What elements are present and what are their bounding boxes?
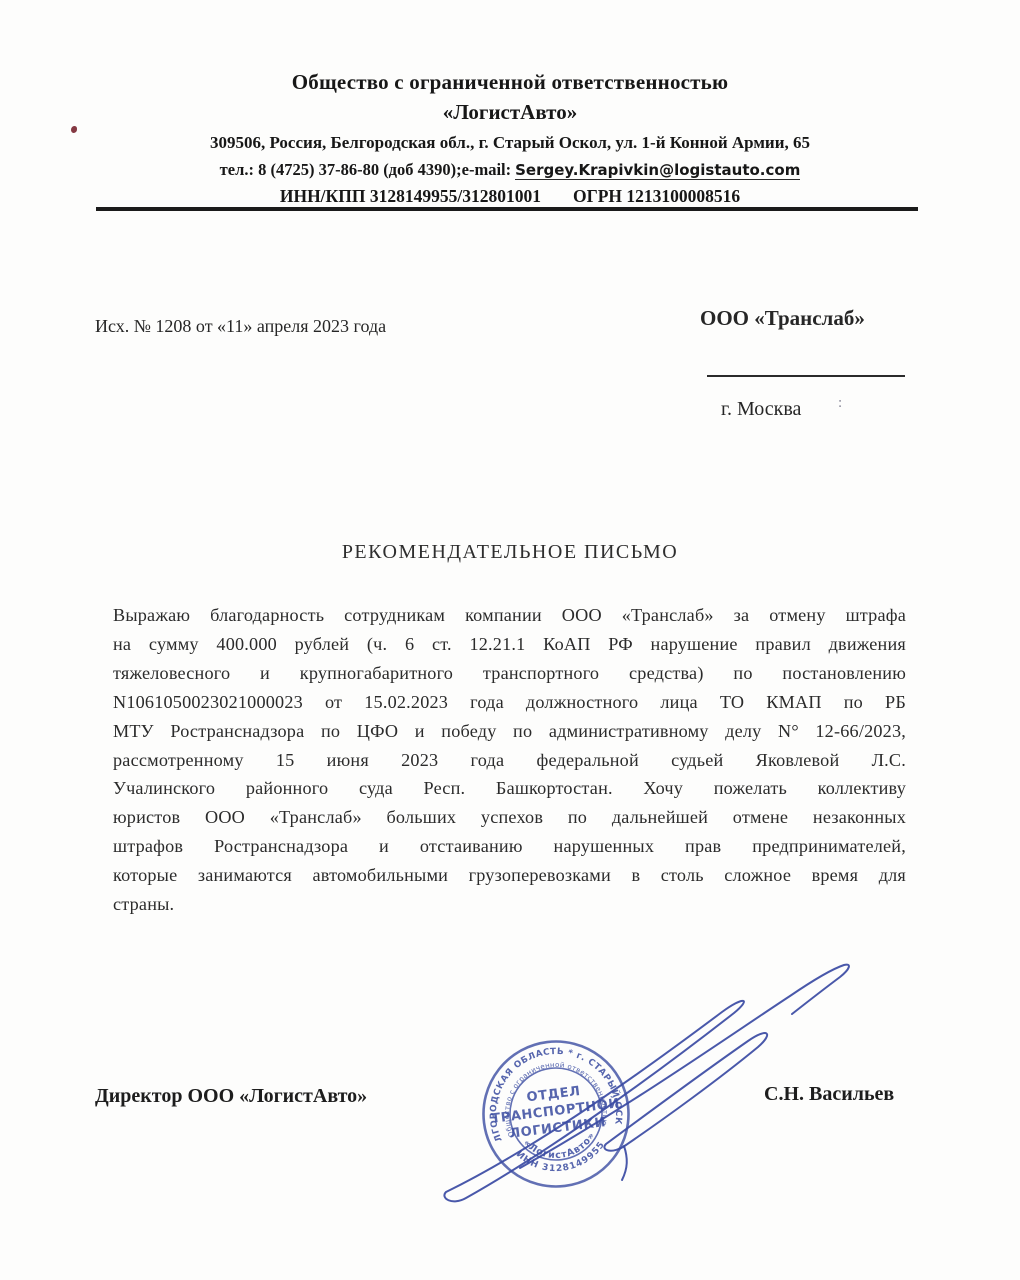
signature-stroke	[444, 1001, 743, 1202]
letter-title: РЕКОМЕНДАТЕЛЬНОЕ ПИСЬМО	[0, 541, 1020, 564]
red-ink-speck	[71, 126, 77, 133]
stamp-inner-circle	[505, 1063, 608, 1166]
stamp-center-line: ЛОГИСТИКИ	[509, 1115, 607, 1142]
body-line: на сумму 400.000 рублей (ч. 6 ст. 12.21.…	[113, 630, 906, 659]
city-colon-mark: :	[838, 395, 842, 412]
address-line: 309506, Россия, Белгородская обл., г. Ст…	[0, 133, 1020, 153]
signature-stroke	[622, 1146, 627, 1180]
stamp-orgname-text: «ЛогистАвто»	[520, 1129, 600, 1165]
body-line: МТУ Ространснадзора по ЦФО и победу по а…	[113, 717, 906, 746]
body-line: которые занимаются автомобильными грузоп…	[113, 861, 906, 890]
contact-line: тел.: 8 (4725) 37-86-80 (доб 4390);e-mai…	[0, 160, 1020, 180]
email-link: Sergey.Krapivkin@logistauto.com	[515, 161, 800, 180]
body-line: N1061050023021000023 от 15.02.2023 года …	[113, 688, 906, 717]
recipient-city: г. Москва	[721, 398, 801, 421]
inn-kpp-value: ИНН/КПП 3128149955/312801001	[280, 186, 541, 207]
signature-title: Директор ООО «ЛогистАвто»	[95, 1085, 367, 1108]
body-line: страны.	[113, 890, 906, 919]
stamp-center-line: ОТДЕЛ	[526, 1084, 582, 1105]
outgoing-ref: Исх. № 1208 от «11» апреля 2023 года	[95, 316, 386, 337]
signature-stroke	[604, 1033, 767, 1151]
stamp-orgform-text: Общество с ограниченной ответственностью	[497, 1055, 611, 1139]
org-type-line: Общество с ограниченной ответственностью	[0, 70, 1020, 95]
stamp-inn-text: ИНН 3128149955	[513, 1139, 610, 1180]
body-line: Выражаю благодарность сотрудникам компан…	[113, 601, 906, 630]
phone-label: тел.: 8 (4725) 37-86-80 (доб 4390);e-mai…	[220, 160, 511, 179]
letter-body: Выражаю благодарность сотрудникам компан…	[113, 601, 906, 919]
body-line: штрафов Ространснадзора и отстаиванию на…	[113, 832, 906, 861]
body-line: юристов ООО «Транслаб» больших успехов п…	[113, 803, 906, 832]
signature-stroke	[520, 965, 849, 1168]
stamp-outer-circle	[475, 1033, 637, 1195]
ids-line: ИНН/КПП 3128149955/312801001 ОГРН 121310…	[0, 186, 1020, 207]
letter-page: Общество с ограниченной ответственностью…	[0, 0, 1020, 1280]
body-line: рассмотренному 15 июня 2023 года федерал…	[113, 746, 906, 775]
body-line: тяжеловесного и крупногабаритного трансп…	[113, 659, 906, 688]
recipient-name: ООО «Транслаб»	[700, 306, 865, 331]
body-line: Учалинского районного суда Респ. Башкорт…	[113, 774, 906, 803]
stamp-center-line: ТРАНСПОРТНОЙ	[491, 1095, 621, 1127]
header-divider	[96, 207, 918, 211]
ogrn-value: ОГРН 1213100008516	[573, 186, 740, 207]
recipient-underline	[707, 375, 905, 377]
org-name-line: «ЛогистАвто»	[0, 100, 1020, 125]
signatory-name: С.Н. Васильев	[764, 1083, 894, 1106]
